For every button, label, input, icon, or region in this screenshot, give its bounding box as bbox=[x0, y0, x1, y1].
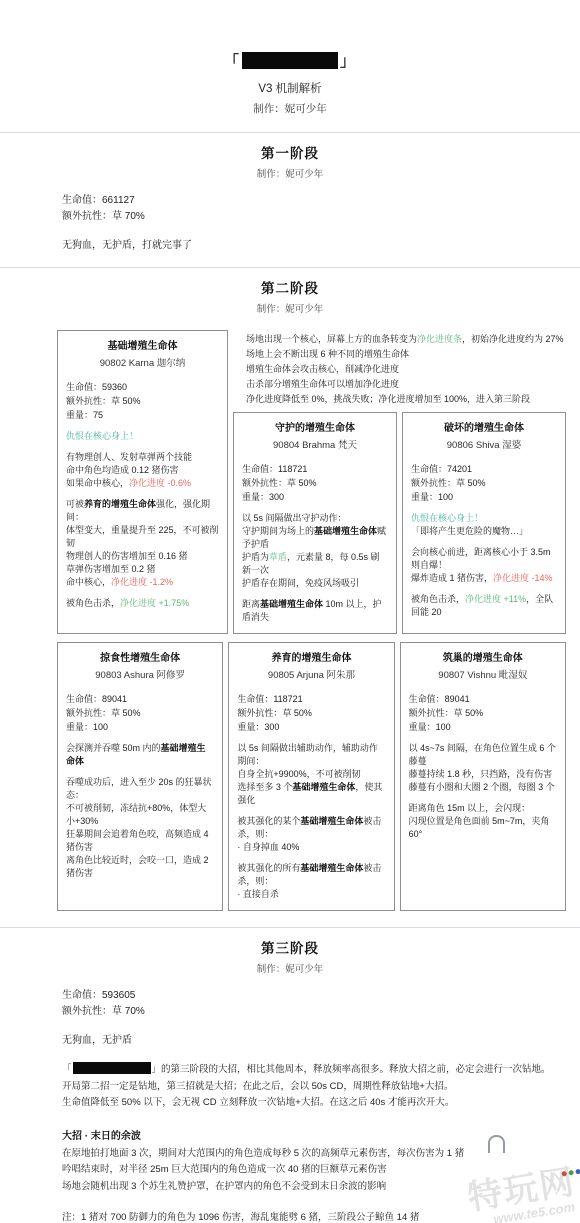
section-divider bbox=[0, 267, 580, 268]
text-line: 有物理创人、发射草弹两个技能 bbox=[66, 451, 219, 464]
phase2-right-column: 场地出现一个核心，屏幕上方的血条转变为净化进度条，初始净化进度约为 27%场地上… bbox=[233, 330, 566, 634]
doc-credit: 制作：妮可少年 bbox=[0, 101, 580, 116]
text-line: 重量：100 bbox=[411, 490, 557, 504]
text-segment: 吟唱结束时，对半径 25m 巨大范围内的角色造成一次 40 猪的巨额草元素伤害 bbox=[62, 1164, 387, 1175]
text-line: 生命值：59360 bbox=[66, 380, 219, 394]
card-title: 筑巢的增殖生命体 bbox=[409, 652, 557, 665]
text-segment: 生命值：661127 bbox=[62, 195, 135, 206]
card-title: 基础增殖生命体 bbox=[66, 340, 219, 353]
phase3-paragraph: 「」的第三阶段的大招，相比其他周本，释放频率高很多。释放大招之前，必定会进行一次… bbox=[62, 1062, 566, 1112]
text-line: 距离基础增殖生命体 10m 以上，护盾消失 bbox=[242, 598, 388, 624]
text-segment: 会探测并吞噬 50m 内的 bbox=[66, 743, 161, 753]
text-segment: 自身全抗+9900%，不可被削韧 bbox=[237, 769, 360, 779]
card-text-group: 以 4s~7s 间隔，在角色位置生成 6 个藤蔓藤蔓持续 1.8 秒，只挡路，没… bbox=[409, 742, 557, 794]
text-line: 生命值降低至 50% 以下，会无视 CD 立刻释放一次钻地+大招。在这之后 40… bbox=[62, 1095, 566, 1112]
text-segment: 净化进度 -1.2% bbox=[111, 577, 173, 587]
text-line: 额外抗性：草 50% bbox=[411, 476, 557, 490]
text-segment: 重量：300 bbox=[237, 722, 279, 732]
text-line: 会向核心前进，距离核心小于 3.5m 则自爆！ bbox=[411, 546, 557, 572]
doc-header: 「」 V3 机制解析 制作：妮可少年 bbox=[0, 0, 580, 116]
text-line: · 自身掉血 40% bbox=[237, 841, 385, 854]
card-vishnu: 筑巢的增殖生命体90807 Vishnu 毗湿奴生命值：89041额外抗性：草 … bbox=[400, 642, 566, 911]
card-text-group: 被角色击杀，净化进度 +1.75% bbox=[66, 597, 219, 610]
text-segment: 吞噬成功后，进入至少 20s 的狂暴状态： bbox=[66, 777, 212, 800]
text-line: 护盾存在期间，免疫风场吸引 bbox=[242, 577, 388, 590]
text-line: 离角色比较近时，会咬一口，造成 2 猪伤害 bbox=[66, 854, 214, 880]
text-segment: 藤蔓有小圈和大圈 2 个圈，每圈 3 个 bbox=[409, 782, 555, 792]
phase1-stats: 生命值：661127额外抗性：草 70% bbox=[62, 193, 580, 225]
text-segment: 重量：100 bbox=[409, 722, 451, 732]
text-segment: 重量：100 bbox=[66, 722, 108, 732]
text-segment: 额外抗性：草 70% bbox=[62, 211, 145, 222]
doc-subtitle: V3 机制解析 bbox=[0, 80, 580, 96]
text-line: 爆炸造成 1 猪伤害，净化进度 -14% bbox=[411, 572, 557, 585]
text-line: 会探测并吞噬 50m 内的基础增殖生命体 bbox=[66, 742, 214, 768]
text-segment: 以 4s~7s 间隔，在角色位置生成 6 个藤蔓 bbox=[409, 743, 556, 766]
text-line: 生命值：74201 bbox=[411, 462, 557, 476]
text-segment: 净化进度 +1.75% bbox=[120, 598, 189, 608]
text-segment: 爆炸造成 1 猪伤害， bbox=[411, 573, 493, 583]
damage-unit-note: 注：1 猪对 700 防御力的角色为 1096 伤害，海乱鬼能劈 6 猪，三阶段… bbox=[62, 1209, 566, 1223]
text-line: 「即将产生更危险的魔物…」 bbox=[411, 525, 557, 538]
text-line: 场地会随机出现 3 个苏生礼赞护罩，在护罩内的角色不会受到末日余波的影响 bbox=[62, 1179, 566, 1196]
text-segment: 会向核心前进，距离核心小于 3.5m 则自爆！ bbox=[411, 547, 551, 570]
text-line: 可被养育的增殖生命体强化，强化期间： bbox=[66, 498, 219, 524]
text-segment: 击杀部分增殖生命体可以增加净化进度 bbox=[246, 379, 399, 389]
text-line: 守护期间为场上的基础增殖生命体赋予护盾 bbox=[242, 525, 388, 551]
text-line: 以 5s 间隔做出守护动作： bbox=[242, 512, 388, 525]
text-segment: 场地上会不断出现 6 种不同的增殖生命体 bbox=[246, 349, 409, 359]
phase3-note: 无狗血，无护盾 bbox=[62, 1031, 580, 1046]
section-divider bbox=[0, 132, 580, 133]
text-segment: 」的第三阶段的大招，相比其他周本，释放频率高很多。释放大招之前，必定会进行一次钻… bbox=[152, 1064, 551, 1075]
text-line: 额外抗性：草 50% bbox=[409, 706, 557, 720]
phase3-stats: 生命值：593605额外抗性：草 70% bbox=[62, 988, 580, 1020]
text-segment: 生命值：89041 bbox=[409, 694, 470, 704]
text-line: 额外抗性：草 70% bbox=[62, 209, 580, 225]
card-title: 破坏的增殖生命体 bbox=[411, 422, 557, 435]
text-segment: 重量：100 bbox=[411, 492, 453, 502]
phase1-credit: 制作：妮可少年 bbox=[0, 166, 580, 180]
text-line: 生命值：118721 bbox=[242, 462, 388, 476]
text-line: 不可被削韧，冻结抗+80%，体型大小+30% bbox=[66, 802, 214, 828]
card-karna: 基础增殖生命体90802 Karna 迦尔纳生命值：59360额外抗性：草 50… bbox=[57, 330, 228, 634]
text-segment: 生命值：74201 bbox=[411, 464, 472, 474]
phase3-credit: 制作：妮可少年 bbox=[0, 961, 580, 975]
text-line: 生命值：89041 bbox=[66, 692, 214, 706]
card-text-group: 可被养育的增殖生命体强化，强化期间：体型变大，重量提升至 225，不可被削韧物理… bbox=[66, 498, 219, 589]
phase2-section: 第二阶段 制作：妮可少年 基础增殖生命体90802 Karna 迦尔纳生命值：5… bbox=[0, 277, 580, 911]
text-line: 生命值：118721 bbox=[237, 692, 385, 706]
text-segment: 基础增殖生命体 bbox=[300, 816, 363, 826]
text-line: 「」的第三阶段的大招，相比其他周本，释放频率高很多。释放大招之前，必定会进行一次… bbox=[62, 1062, 566, 1079]
text-line: 额外抗性：草 50% bbox=[237, 706, 385, 720]
hook-mark-artifact bbox=[488, 1135, 505, 1153]
text-segment: 净化进度条 bbox=[417, 334, 462, 344]
text-line: 被角色击杀，净化进度 +11%，全队回能 20 bbox=[411, 593, 557, 619]
card-text-group: 距离基础增殖生命体 10m 以上，护盾消失 bbox=[242, 598, 388, 624]
text-segment: 如果命中核心， bbox=[66, 478, 129, 488]
card-stats: 生命值：118721额外抗性：草 50%重量：300 bbox=[242, 462, 388, 504]
card-stats: 生命值：74201额外抗性：草 50%重量：100 bbox=[411, 462, 557, 504]
text-segment: 被其强化的某个 bbox=[237, 816, 300, 826]
text-line: 命中核心，净化进度 -1.2% bbox=[66, 576, 219, 589]
card-brahma: 守护的增殖生命体90804 Brahma 梵天生命值：118721额外抗性：草 … bbox=[233, 412, 397, 634]
guide-document: 「」 V3 机制解析 制作：妮可少年 第一阶段 制作：妮可少年 生命值：6611… bbox=[0, 0, 580, 1223]
text-segment: 生命值：593605 bbox=[62, 990, 135, 1001]
card-text-group: 被其强化的某个基础增殖生命体被击杀，则：· 自身掉血 40% bbox=[237, 815, 385, 854]
redacted-text bbox=[73, 1062, 151, 1074]
text-line: 场地上会不断出现 6 种不同的增殖生命体 bbox=[246, 347, 566, 362]
phase1-heading: 第一阶段 bbox=[0, 142, 580, 162]
text-segment: 以 5s 间隔做出辅助动作，辅助动作期间： bbox=[237, 743, 378, 766]
text-segment: 被角色击杀， bbox=[66, 598, 120, 608]
phase2-content: 基础增殖生命体90802 Karna 迦尔纳生命值：59360额外抗性：草 50… bbox=[57, 330, 566, 911]
text-line: 重量：100 bbox=[66, 720, 214, 734]
text-segment: 净化进度 -0.6% bbox=[129, 478, 191, 488]
phase1-section: 第一阶段 制作：妮可少年 生命值：661127额外抗性：草 70% 无狗血，无护… bbox=[0, 142, 580, 251]
text-segment: 生命值：118721 bbox=[242, 464, 307, 474]
text-segment: 距离角色 15m 以上，会闪现： bbox=[409, 803, 531, 813]
text-segment: 被其强化的所有 bbox=[237, 863, 300, 873]
text-line: 选择至多 3 个基础增殖生命体，使其强化 bbox=[237, 781, 385, 807]
text-segment: 在原地拍打地面 3 次，期间对大范围内的角色造成每秒 5 次的高频草元素伤害，每… bbox=[62, 1148, 464, 1159]
card-text-group: 以 5s 间隔做出守护动作：守护期间为场上的基础增殖生命体赋予护盾护盾为草盾，元… bbox=[242, 512, 388, 590]
section-divider bbox=[0, 927, 580, 928]
text-segment: 重量：300 bbox=[242, 492, 284, 502]
text-line: 自身全抗+9900%，不可被削韧 bbox=[237, 768, 385, 781]
text-line: 被其强化的某个基础增殖生命体被击杀，则： bbox=[237, 815, 385, 841]
phase2-heading: 第二阶段 bbox=[0, 277, 580, 297]
text-segment: 额外抗性：草 50% bbox=[411, 478, 486, 488]
text-segment: 离角色比较近时，会咬一口，造成 2 猪伤害 bbox=[66, 855, 209, 878]
redacted-boss-name bbox=[242, 52, 338, 69]
text-line: 重量：300 bbox=[242, 490, 388, 504]
card-text-group: 会探测并吞噬 50m 内的基础增殖生命体 bbox=[66, 742, 214, 768]
card-text-group: 仇恨在核心身上！ bbox=[66, 430, 219, 443]
text-line: 被角色击杀，净化进度 +1.75% bbox=[66, 597, 219, 610]
text-segment: 选择至多 3 个 bbox=[237, 782, 292, 792]
text-segment: 生命值：118721 bbox=[237, 694, 302, 704]
card-text-group: 距离角色 15m 以上，会闪现：闪现位置是角色面前 5m~7m，夹角 60° bbox=[409, 802, 557, 841]
text-segment: 草盾 bbox=[269, 552, 287, 562]
text-segment: 「 bbox=[62, 1064, 72, 1075]
text-segment: 仇恨在核心身上！ bbox=[411, 513, 483, 523]
text-line: 以 5s 间隔做出辅助动作，辅助动作期间： bbox=[237, 742, 385, 768]
text-segment: 以 5s 间隔做出守护动作： bbox=[242, 513, 347, 523]
text-segment: 生命值降低至 50% 以下，会无视 CD 立刻释放一次钻地+大招。在这之后 40… bbox=[62, 1097, 454, 1108]
doc-title: 「」 bbox=[0, 50, 580, 71]
text-line: 体型变大，重量提升至 225，不可被削韧 bbox=[66, 524, 219, 550]
text-line: 生命值：593605 bbox=[62, 988, 580, 1004]
text-line: 重量：300 bbox=[237, 720, 385, 734]
text-segment: 护盾存在期间，免疫风场吸引 bbox=[242, 578, 359, 588]
card-id-line: 90807 Vishnu 毗湿奴 bbox=[409, 669, 557, 682]
text-segment: 物理创人的伤害增加至 0.16 猪 bbox=[66, 551, 188, 561]
card-stats: 生命值：89041额外抗性：草 50%重量：100 bbox=[66, 692, 214, 734]
text-line: 闪现位置是角色面前 5m~7m，夹角 60° bbox=[409, 815, 557, 841]
bracket-open: 「 bbox=[224, 53, 240, 70]
text-line: 护盾为草盾，元素量 8，每 0.5s 刷新一次 bbox=[242, 551, 388, 577]
text-segment: 净化进度 +11% bbox=[465, 594, 526, 604]
text-segment: 增殖生命体会攻击核心，削减净化进度 bbox=[246, 364, 399, 374]
text-line: 仇恨在核心身上！ bbox=[411, 512, 557, 525]
text-segment: 基础增殖生命体 bbox=[292, 782, 355, 792]
text-line: 开局第二招一定是钻地，第三招就是大招；在此之后，会以 50s CD，周期性释放钻… bbox=[62, 1079, 566, 1096]
card-id-line: 90804 Brahma 梵天 bbox=[242, 439, 388, 452]
text-line: 击杀部分增殖生命体可以增加净化进度 bbox=[246, 377, 566, 392]
card-title: 守护的增殖生命体 bbox=[242, 422, 388, 435]
phase2-intro: 场地出现一个核心，屏幕上方的血条转变为净化进度条，初始净化进度约为 27%场地上… bbox=[233, 330, 566, 412]
text-segment: 体型变大，重量提升至 225，不可被削韧 bbox=[66, 525, 219, 548]
card-arjuna: 养育的增殖生命体90805 Arjuna 阿朱那生命值：118721额外抗性：草… bbox=[228, 642, 394, 911]
text-segment: 被角色击杀， bbox=[411, 594, 465, 604]
text-segment: 命中核心， bbox=[66, 577, 111, 587]
text-segment: 草弹伤害增加至 0.2 猪 bbox=[66, 564, 156, 574]
text-segment: 场地出现一个核心，屏幕上方的血条转变为 bbox=[246, 334, 417, 344]
text-line: 吟唱结束时，对半径 25m 巨大范围内的角色造成一次 40 猪的巨额草元素伤害 bbox=[62, 1162, 566, 1179]
card-id-line: 90806 Shiva 湿婆 bbox=[411, 439, 557, 452]
text-line: 狂暴期间会追着角色咬，高频造成 4 猪伤害 bbox=[66, 828, 214, 854]
phase2-row2: 掠食性增殖生命体90803 Ashura 阿修罗生命值：89041额外抗性：草 … bbox=[57, 642, 566, 911]
text-segment: 距离 bbox=[242, 599, 260, 609]
text-line: 物理创人的伤害增加至 0.16 猪 bbox=[66, 550, 219, 563]
card-text-group: 有物理创人、发射草弹两个技能命中角色均造成 0.12 猪伤害如果命中核心，净化进… bbox=[66, 451, 219, 490]
text-segment: 有物理创人、发射草弹两个技能 bbox=[66, 452, 192, 462]
text-segment: 额外抗性：草 50% bbox=[66, 396, 141, 406]
text-segment: 养育的增殖生命体 bbox=[84, 499, 156, 509]
card-stats: 生命值：59360额外抗性：草 50%重量：75 bbox=[66, 380, 219, 422]
card-text-group: 吞噬成功后，进入至少 20s 的狂暴状态：不可被削韧，冻结抗+80%，体型大小+… bbox=[66, 776, 214, 880]
text-segment: 不可被削韧，冻结抗+80%，体型大小+30% bbox=[66, 803, 206, 826]
text-segment: 闪现位置是角色面前 5m~7m，夹角 60° bbox=[409, 816, 550, 839]
text-segment: · 直接自杀 bbox=[237, 889, 279, 899]
text-segment: 额外抗性：草 50% bbox=[242, 478, 317, 488]
text-segment: 额外抗性：草 50% bbox=[66, 708, 141, 718]
card-stats: 生命值：118721额外抗性：草 50%重量：300 bbox=[237, 692, 385, 734]
phase2-row1: 基础增殖生命体90802 Karna 迦尔纳生命值：59360额外抗性：草 50… bbox=[57, 330, 566, 634]
text-line: 增殖生命体会攻击核心，削减净化进度 bbox=[246, 362, 566, 377]
text-segment: 基础增殖生命体 bbox=[260, 599, 323, 609]
text-segment: 额外抗性：草 50% bbox=[409, 708, 484, 718]
phase3-heading: 第三阶段 bbox=[0, 937, 580, 957]
text-line: 额外抗性：草 50% bbox=[66, 706, 214, 720]
text-segment: ，初始净化进度约为 27% bbox=[462, 334, 564, 344]
phase2-credit: 制作：妮可少年 bbox=[0, 301, 580, 315]
text-segment: 重量：75 bbox=[66, 410, 103, 420]
text-segment: 额外抗性：草 50% bbox=[237, 708, 312, 718]
text-line: 额外抗性：草 70% bbox=[62, 1004, 580, 1020]
text-segment: 净化进度降低至 0%，挑战失败；净化进度增加至 100%，进入第三阶段 bbox=[246, 394, 530, 404]
text-line: 生命值：661127 bbox=[62, 193, 580, 209]
card-shiva: 破坏的增殖生命体90806 Shiva 湿婆生命值：74201额外抗性：草 50… bbox=[402, 412, 566, 634]
text-line: 净化进度降低至 0%，挑战失败；净化进度增加至 100%，进入第三阶段 bbox=[246, 392, 566, 407]
text-line: 如果命中核心，净化进度 -0.6% bbox=[66, 477, 219, 490]
text-segment: 狂暴期间会追着角色咬，高频造成 4 猪伤害 bbox=[66, 829, 209, 852]
card-title: 掠食性增殖生命体 bbox=[66, 652, 214, 665]
text-segment: 额外抗性：草 70% bbox=[62, 1006, 145, 1017]
text-line: 命中角色均造成 0.12 猪伤害 bbox=[66, 464, 219, 477]
text-line: 草弹伤害增加至 0.2 猪 bbox=[66, 563, 219, 576]
text-segment: 生命值：59360 bbox=[66, 382, 127, 392]
text-line: 场地出现一个核心，屏幕上方的血条转变为净化进度条，初始净化进度约为 27% bbox=[246, 332, 566, 347]
phase2-row1-cards: 守护的增殖生命体90804 Brahma 梵天生命值：118721额外抗性：草 … bbox=[233, 412, 566, 634]
text-segment: 开局第二招一定是钻地，第三招就是大招；在此之后，会以 50s CD，周期性释放钻… bbox=[62, 1081, 453, 1092]
text-line: · 直接自杀 bbox=[237, 888, 385, 901]
text-line: 被其强化的所有基础增殖生命体被击杀，则： bbox=[237, 862, 385, 888]
phase1-note: 无狗血，无护盾，打就完事了 bbox=[62, 236, 580, 251]
text-segment: 基础增殖生命体 bbox=[300, 863, 363, 873]
text-line: 生命值：89041 bbox=[409, 692, 557, 706]
text-segment: · 自身掉血 40% bbox=[237, 842, 299, 852]
card-text-group: 以 5s 间隔做出辅助动作，辅助动作期间：自身全抗+9900%，不可被削韧选择至… bbox=[237, 742, 385, 807]
card-text-group: 被其强化的所有基础增殖生命体被击杀，则：· 直接自杀 bbox=[237, 862, 385, 901]
text-segment: 藤蔓持续 1.8 秒，只挡路，没有伤害 bbox=[409, 769, 553, 779]
text-line: 吞噬成功后，进入至少 20s 的狂暴状态： bbox=[66, 776, 214, 802]
text-segment: 生命值：89041 bbox=[66, 694, 127, 704]
text-line: 以 4s~7s 间隔，在角色位置生成 6 个藤蔓 bbox=[409, 742, 557, 768]
text-segment: 场地会随机出现 3 个苏生礼赞护罩，在护罩内的角色不会受到末日余波的影响 bbox=[62, 1181, 386, 1192]
text-line: 藤蔓有小圈和大圈 2 个圈，每圈 3 个 bbox=[409, 781, 557, 794]
text-segment: 仇恨在核心身上！ bbox=[66, 431, 138, 441]
text-line: 仇恨在核心身上！ bbox=[66, 430, 219, 443]
text-segment: 守护期间为场上的 bbox=[242, 526, 314, 536]
text-segment: 基础增殖生命体 bbox=[314, 526, 377, 536]
text-line: 额外抗性：草 50% bbox=[242, 476, 388, 490]
text-line: 距离角色 15m 以上，会闪现： bbox=[409, 802, 557, 815]
card-id-line: 90802 Karna 迦尔纳 bbox=[66, 357, 219, 370]
text-segment: 「即将产生更危险的魔物…」 bbox=[411, 526, 528, 536]
card-id-line: 90805 Arjuna 阿朱那 bbox=[237, 669, 385, 682]
card-stats: 生命值：89041额外抗性：草 50%重量：100 bbox=[409, 692, 557, 734]
bracket-close: 」 bbox=[340, 53, 356, 70]
card-ashura: 掠食性增殖生命体90803 Ashura 阿修罗生命值：89041额外抗性：草 … bbox=[57, 642, 223, 911]
text-line: 额外抗性：草 50% bbox=[66, 394, 219, 408]
card-id-line: 90803 Ashura 阿修罗 bbox=[66, 669, 214, 682]
card-text-group: 被角色击杀，净化进度 +11%，全队回能 20 bbox=[411, 593, 557, 619]
text-segment: 命中角色均造成 0.12 猪伤害 bbox=[66, 465, 179, 475]
phase3-section: 第三阶段 制作：妮可少年 生命值：593605额外抗性：草 70% 无狗血，无护… bbox=[0, 937, 580, 1223]
card-text-group: 会向核心前进，距离核心小于 3.5m 则自爆！爆炸造成 1 猪伤害，净化进度 -… bbox=[411, 546, 557, 585]
text-line: 藤蔓持续 1.8 秒，只挡路，没有伤害 bbox=[409, 768, 557, 781]
text-segment: 净化进度 -14% bbox=[493, 573, 553, 583]
text-segment: 可被 bbox=[66, 499, 84, 509]
card-text-group: 仇恨在核心身上！「即将产生更危险的魔物…」 bbox=[411, 512, 557, 538]
text-line: 重量：100 bbox=[409, 720, 557, 734]
text-line: 重量：75 bbox=[66, 408, 219, 422]
text-segment: 护盾为 bbox=[242, 552, 269, 562]
card-title: 养育的增殖生命体 bbox=[237, 652, 385, 665]
